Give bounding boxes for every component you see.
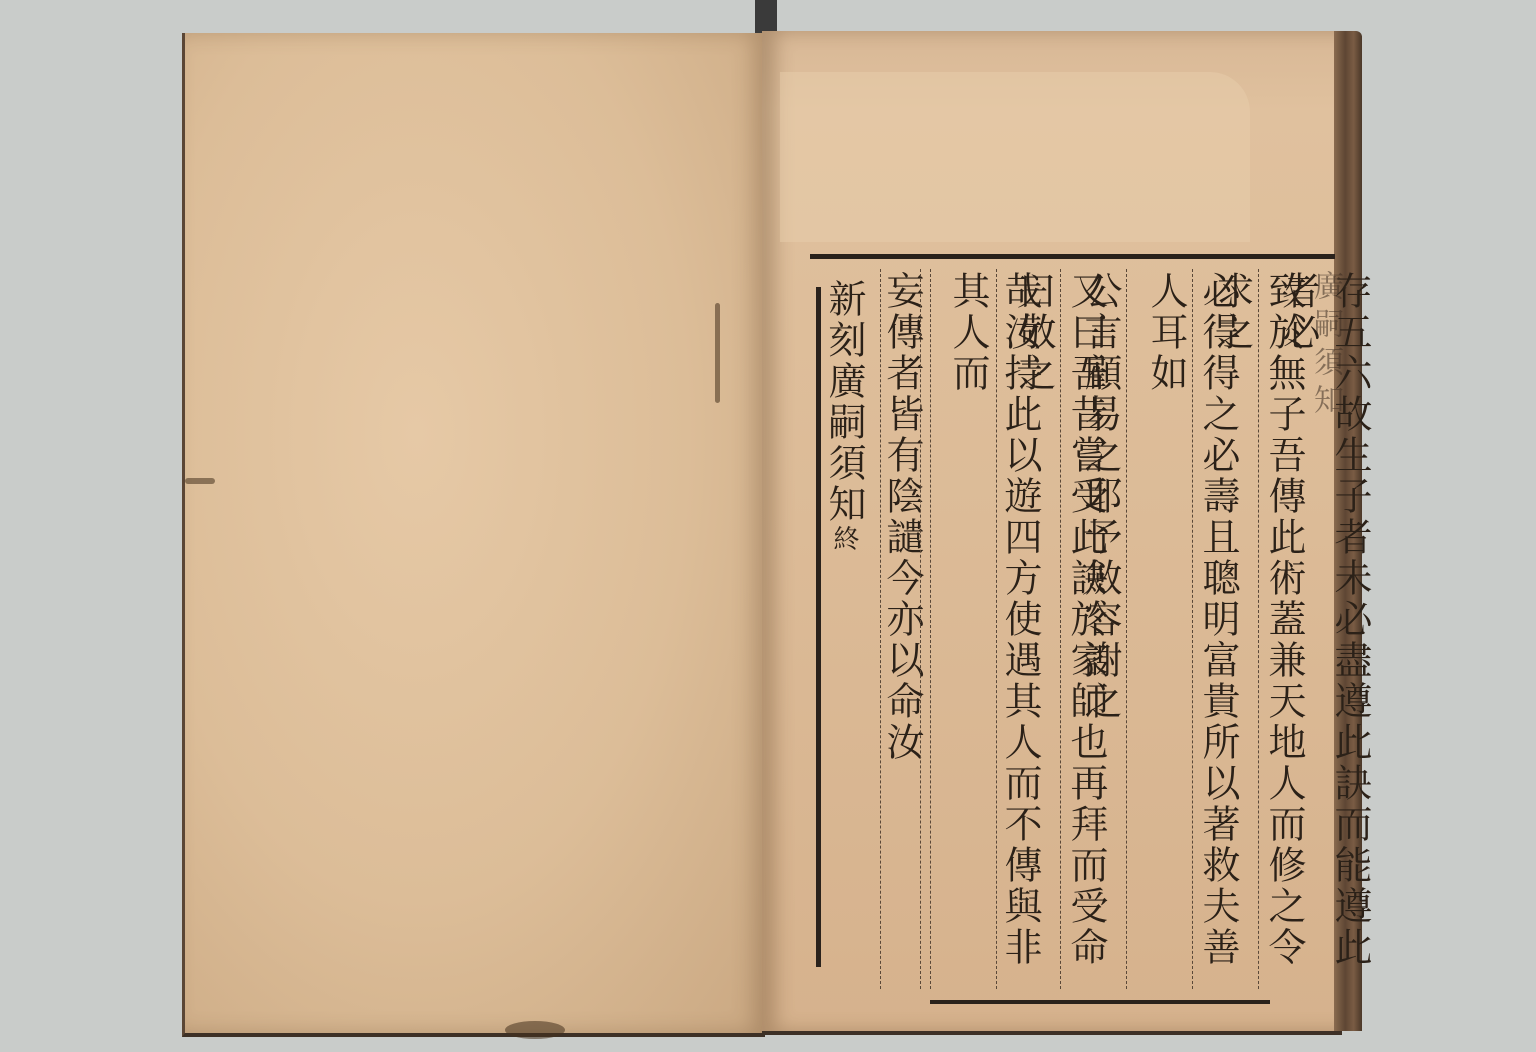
- paper-repair-patch: [780, 72, 1250, 242]
- column-divider: [930, 269, 932, 989]
- text-column-3: 必得得之必壽且聰明富貴所以著救夫善人耳如: [1140, 271, 1244, 1004]
- colophon-title: 新刻廣嗣須知: [822, 279, 866, 525]
- colophon-column: 新刻廣嗣須知終: [818, 279, 870, 554]
- printed-text-frame: 存五六故生子者未必盡遵此訣而能遵此者必 致於無子吾傳此術蓋兼天地人而修之令求之 …: [810, 254, 1335, 1004]
- column-divider: [1126, 269, 1128, 989]
- ink-stain: [185, 478, 215, 484]
- column-divider: [920, 269, 922, 989]
- left-blank-page: [182, 33, 765, 1037]
- column-divider: [880, 269, 882, 989]
- ink-stain: [715, 303, 720, 403]
- ink-stain: [505, 1021, 565, 1039]
- text-column-6: 哉汝持此以遊四方使遇其人而不傳與非其人而: [942, 271, 1046, 1004]
- colophon-end-mark: 終: [829, 525, 859, 554]
